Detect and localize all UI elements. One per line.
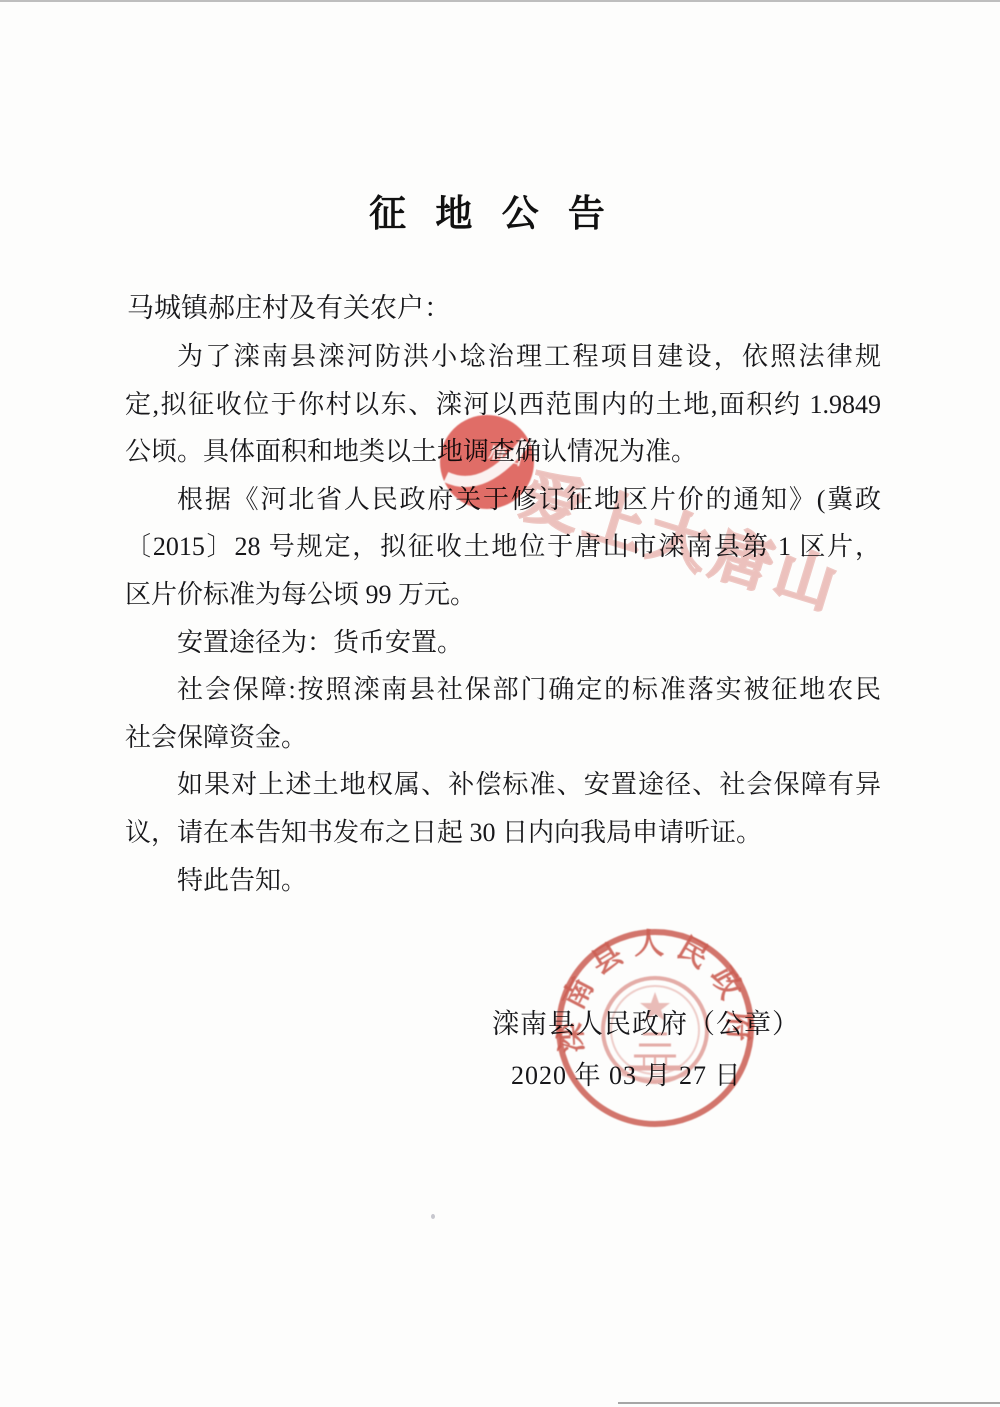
salutation: 马城镇郝庄村及有关农户： — [127, 286, 451, 325]
scan-edge-bottom — [618, 1402, 1000, 1404]
national-emblem-icon — [603, 978, 707, 1082]
body-line: 议，请在本告知书发布之日起 30 日内向我局申请听证。 — [125, 809, 881, 857]
body-line: 特此告知。 — [125, 857, 881, 905]
scanned-notice-page: 征 地 公 告 马城镇郝庄村及有关农户： 为了滦南县滦河防洪小埝治理工程项目建设… — [0, 0, 1000, 1407]
red-logo-watermark-icon: 唐山 — [438, 413, 536, 511]
body-line: 社会保障资金。 — [125, 714, 881, 762]
page-title: 征 地 公 告 — [0, 183, 984, 237]
scan-speck — [431, 1214, 435, 1219]
scan-edge-top — [0, 0, 1000, 2]
body-line: 安置途径为：货币安置。 — [125, 619, 881, 667]
body-line: 如果对上述土地权属、补偿标准、安置途径、社会保障有异 — [125, 761, 881, 809]
body-line: 社会保障:按照滦南县社保部门确定的标准落实被征地农民 — [125, 666, 881, 714]
official-seal-stamp: 滦南县人民政府 — [551, 924, 759, 1132]
body-line: 为了滦南县滦河防洪小埝治理工程项目建设，依照法律规 — [125, 333, 881, 381]
